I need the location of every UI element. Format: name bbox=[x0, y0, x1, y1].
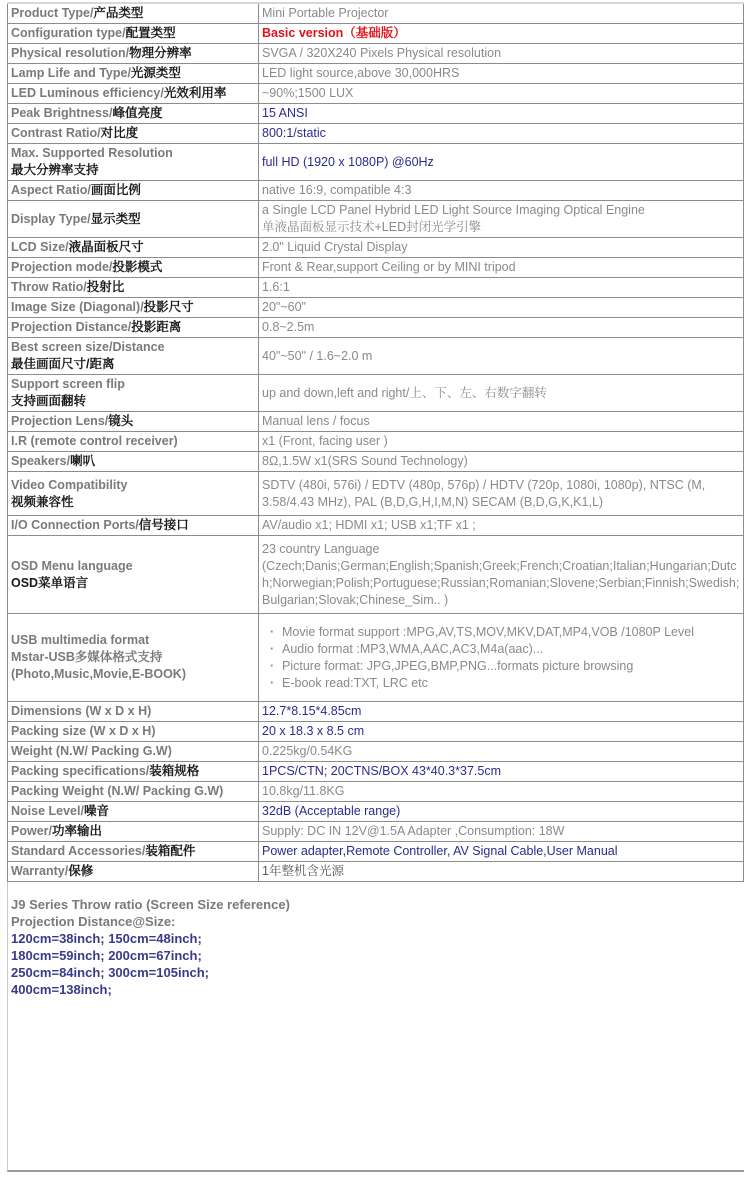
spec-label-en: Product Type/ bbox=[11, 6, 93, 20]
spec-label-en: Weight (N.W/ Packing G.W) bbox=[11, 744, 172, 758]
notes-title: J9 Series Throw ratio (Screen Size refer… bbox=[11, 896, 741, 913]
spec-label: OSD Menu languageOSD菜单语言 bbox=[8, 536, 259, 614]
spec-value: Basic version（基础版） bbox=[259, 24, 744, 44]
spec-label-en: Lamp Life and Type/ bbox=[11, 66, 131, 80]
spec-row: Product Type/产品类型Mini Portable Projector bbox=[8, 3, 744, 24]
spec-value: SDTV (480i, 576i) / EDTV (480p, 576p) / … bbox=[259, 472, 744, 516]
spec-value-text: 1年整机含光源 bbox=[262, 864, 344, 878]
spec-label-en: USB multimedia format bbox=[11, 633, 149, 647]
spec-label: Packing Weight (N.W/ Packing G.W) bbox=[8, 782, 259, 802]
spec-label: Throw Ratio/投射比 bbox=[8, 278, 259, 298]
spec-value-text: x1 (Front, facing user ) bbox=[262, 434, 388, 448]
spec-value: 32dB (Acceptable range) bbox=[259, 802, 744, 822]
spec-label: Warranty/保修 bbox=[8, 862, 259, 882]
spec-value: Manual lens / focus bbox=[259, 412, 744, 432]
spec-label-en: Best screen size/Distance bbox=[11, 340, 165, 354]
notes-line: 250cm=84inch; 300cm=105inch; bbox=[11, 964, 741, 981]
spec-value: Movie format support :MPG,AV,TS,MOV,MKV,… bbox=[259, 614, 744, 702]
spec-label: Lamp Life and Type/光源类型 bbox=[8, 64, 259, 84]
spec-value: 15 ANSI bbox=[259, 104, 744, 124]
spec-label-en: Dimensions (W x D x H) bbox=[11, 704, 151, 718]
spec-label-en: Packing specifications/ bbox=[11, 764, 149, 778]
spec-value: ~90%;1500 LUX bbox=[259, 84, 744, 104]
spec-value-text: Basic version（基础版） bbox=[262, 26, 406, 40]
spec-value-text: native 16:9, compatible 4:3 bbox=[262, 183, 411, 197]
spec-value-text: 10.8kg/11.8KG bbox=[262, 784, 344, 798]
spec-value: up and down,left and right/上、下、左、右数字翻转 bbox=[259, 375, 744, 412]
spec-value: AV/audio x1; HDMI x1; USB x1;TF x1 ; bbox=[259, 516, 744, 536]
spec-row: Noise Level/噪音32dB (Acceptable range) bbox=[8, 802, 744, 822]
spec-sheet: Product Type/产品类型Mini Portable Projector… bbox=[7, 2, 744, 1172]
spec-label-cn: 保修 bbox=[68, 864, 93, 878]
spec-label-en: Display Type/ bbox=[11, 212, 91, 226]
spec-value: 40"~50" / 1.6~2.0 m bbox=[259, 338, 744, 375]
spec-value: Power adapter,Remote Controller, AV Sign… bbox=[259, 842, 744, 862]
spec-label-en: Projection mode/ bbox=[11, 260, 112, 274]
spec-value-text: LED light source,above 30,000HRS bbox=[262, 66, 459, 80]
spec-label-cn: 画面比例 bbox=[91, 183, 141, 197]
spec-value-text: up and down,left and right/上、下、左、右数字翻转 bbox=[262, 386, 547, 400]
spec-value: 0.8~2.5m bbox=[259, 318, 744, 338]
format-list-item: Movie format support :MPG,AV,TS,MOV,MKV,… bbox=[270, 624, 740, 641]
spec-row: Lamp Life and Type/光源类型LED light source,… bbox=[8, 64, 744, 84]
spec-label-cn: 光效利用率 bbox=[164, 86, 227, 100]
spec-label: Image Size (Diagonal)/投影尺寸 bbox=[8, 298, 259, 318]
spec-label: Projection Distance/投影距离 bbox=[8, 318, 259, 338]
spec-label: Peak Brightness/峰值亮度 bbox=[8, 104, 259, 124]
spec-value-text: 8Ω,1.5W x1(SRS Sound Technology) bbox=[262, 454, 468, 468]
spec-label-en: LED Luminous efficiency/ bbox=[11, 86, 164, 100]
spec-value: 800:1/static bbox=[259, 124, 744, 144]
spec-value-text: Front & Rear,support Ceiling or by MINI … bbox=[262, 260, 516, 274]
format-list-item: Audio format :MP3,WMA,AAC,AC3,M4a(aac)..… bbox=[270, 641, 740, 658]
spec-row: Projection Distance/投影距离0.8~2.5m bbox=[8, 318, 744, 338]
spec-label-en: Peak Brightness/ bbox=[11, 106, 112, 120]
spec-label: Packing size (W x D x H) bbox=[8, 722, 259, 742]
spec-value-text: 20"~60" bbox=[262, 300, 306, 314]
spec-label-cn: 信号接口 bbox=[139, 518, 189, 532]
spec-value: Front & Rear,support Ceiling or by MINI … bbox=[259, 258, 744, 278]
spec-value-text-2: (Czech;Danis;German;English;Spanish;Gree… bbox=[262, 559, 739, 607]
format-list-item: Picture format: JPG,JPEG,BMP,PNG...forma… bbox=[270, 658, 740, 675]
spec-value: 23 country Language(Czech;Danis;German;E… bbox=[259, 536, 744, 614]
spec-label-en: Throw Ratio/ bbox=[11, 280, 87, 294]
spec-value-text: Supply: DC IN 12V@1.5A Adapter ,Consumpt… bbox=[262, 824, 564, 838]
spec-label: Max. Supported Resolution最大分辨率支持 bbox=[8, 144, 259, 181]
spec-label: Best screen size/Distance最佳画面尺寸/距离 bbox=[8, 338, 259, 375]
spec-row: Projection mode/投影模式Front & Rear,support… bbox=[8, 258, 744, 278]
spec-label: Packing specifications/装箱规格 bbox=[8, 762, 259, 782]
spec-label: Contrast Ratio/对比度 bbox=[8, 124, 259, 144]
spec-value: 1.6:1 bbox=[259, 278, 744, 298]
spec-label: LED Luminous efficiency/光效利用率 bbox=[8, 84, 259, 104]
spec-label-cn: 最大分辨率支持 bbox=[11, 163, 99, 177]
spec-row: Packing Weight (N.W/ Packing G.W)10.8kg/… bbox=[8, 782, 744, 802]
spec-label-en: Image Size (Diagonal)/ bbox=[11, 300, 144, 314]
spec-table: Product Type/产品类型Mini Portable Projector… bbox=[7, 2, 744, 882]
spec-label-cn: 功率输出 bbox=[52, 824, 102, 838]
spec-row: Projection Lens/镜头Manual lens / focus bbox=[8, 412, 744, 432]
spec-label-cn: 投影尺寸 bbox=[144, 300, 194, 314]
spec-label: LCD Size/液晶面板尺寸 bbox=[8, 238, 259, 258]
spec-row: Warranty/保修1年整机含光源 bbox=[8, 862, 744, 882]
spec-row: Peak Brightness/峰值亮度15 ANSI bbox=[8, 104, 744, 124]
notes-line: 400cm=138inch; bbox=[11, 981, 741, 998]
spec-label: Display Type/显示类型 bbox=[8, 201, 259, 238]
spec-label-cn: 物理分辨率 bbox=[129, 46, 192, 60]
spec-label: I/O Connection Ports/信号接口 bbox=[8, 516, 259, 536]
spec-label-cn: 视频兼容性 bbox=[11, 495, 74, 509]
spec-label-cn: 投射比 bbox=[87, 280, 125, 294]
spec-label-en: Projection Lens/ bbox=[11, 414, 108, 428]
spec-value: 20"~60" bbox=[259, 298, 744, 318]
spec-label: Noise Level/噪音 bbox=[8, 802, 259, 822]
spec-value-text: full HD (1920 x 1080P) @60Hz bbox=[262, 155, 434, 169]
spec-label: Speakers/喇叭 bbox=[8, 452, 259, 472]
spec-label: Power/功率输出 bbox=[8, 822, 259, 842]
spec-value-text: 20 x 18.3 x 8.5 cm bbox=[262, 724, 364, 738]
spec-value-text: 2.0" Liquid Crystal Display bbox=[262, 240, 407, 254]
spec-label-en: Packing Weight (N.W/ Packing G.W) bbox=[11, 784, 223, 798]
spec-label-en: Video Compatibility bbox=[11, 478, 127, 492]
spec-row: Configuration type/配置类型Basic version（基础版… bbox=[8, 24, 744, 44]
spec-label-en: Aspect Ratio/ bbox=[11, 183, 91, 197]
spec-value-text: 800:1/static bbox=[262, 126, 326, 140]
spec-label-en: Support screen flip bbox=[11, 377, 125, 391]
spec-row: Video Compatibility视频兼容性SDTV (480i, 576i… bbox=[8, 472, 744, 516]
spec-label-cn: 噪音 bbox=[84, 804, 109, 818]
spec-label-cn: 光源类型 bbox=[131, 66, 181, 80]
spec-value: a Single LCD Panel Hybrid LED Light Sour… bbox=[259, 201, 744, 238]
spec-value-text: Manual lens / focus bbox=[262, 414, 370, 428]
spec-label-en: Warranty/ bbox=[11, 864, 68, 878]
spec-value: 1PCS/CTN; 20CTNS/BOX 43*40.3*37.5cm bbox=[259, 762, 744, 782]
spec-row: Display Type/显示类型a Single LCD Panel Hybr… bbox=[8, 201, 744, 238]
spec-value-text: ~90%;1500 LUX bbox=[262, 86, 353, 100]
spec-label-en: Power/ bbox=[11, 824, 52, 838]
spec-value-text: 23 country Language bbox=[262, 542, 379, 556]
spec-label-en2: (Photo,Music,Movie,E-BOOK) bbox=[11, 667, 186, 681]
spec-row: USB multimedia formatMstar-USB多媒体格式支持(Ph… bbox=[8, 614, 744, 702]
spec-label-cn: 峰值亮度 bbox=[112, 106, 162, 120]
spec-label-cn: 配置类型 bbox=[126, 26, 176, 40]
spec-label: Dimensions (W x D x H) bbox=[8, 702, 259, 722]
spec-label: Product Type/产品类型 bbox=[8, 3, 259, 24]
spec-label: Standard Accessories/装箱配件 bbox=[8, 842, 259, 862]
spec-label-en: Standard Accessories/ bbox=[11, 844, 145, 858]
spec-row: Packing specifications/装箱规格1PCS/CTN; 20C… bbox=[8, 762, 744, 782]
spec-row: Packing size (W x D x H)20 x 18.3 x 8.5 … bbox=[8, 722, 744, 742]
spec-row: Throw Ratio/投射比1.6:1 bbox=[8, 278, 744, 298]
spec-label-cn: 对比度 bbox=[101, 126, 139, 140]
spec-label: USB multimedia formatMstar-USB多媒体格式支持(Ph… bbox=[8, 614, 259, 702]
spec-label: Projection Lens/镜头 bbox=[8, 412, 259, 432]
spec-value-text: a Single LCD Panel Hybrid LED Light Sour… bbox=[262, 203, 645, 217]
spec-label-cn: 喇叭 bbox=[70, 454, 95, 468]
spec-value: 12.7*8.15*4.85cm bbox=[259, 702, 744, 722]
spec-row: LCD Size/液晶面板尺寸2.0" Liquid Crystal Displ… bbox=[8, 238, 744, 258]
spec-label-cn: OSD菜单语言 bbox=[11, 576, 88, 590]
spec-value-text: 0.8~2.5m bbox=[262, 320, 314, 334]
spec-value-text: 1PCS/CTN; 20CTNS/BOX 43*40.3*37.5cm bbox=[262, 764, 501, 778]
spec-label-en: Packing size (W x D x H) bbox=[11, 724, 155, 738]
spec-value-text: 40"~50" / 1.6~2.0 m bbox=[262, 349, 372, 363]
spec-value-text: 15 ANSI bbox=[262, 106, 308, 120]
spec-row: Power/功率输出Supply: DC IN 12V@1.5A Adapter… bbox=[8, 822, 744, 842]
spec-row: Max. Supported Resolution最大分辨率支持full HD … bbox=[8, 144, 744, 181]
spec-label-cn: 投影距离 bbox=[131, 320, 181, 334]
spec-label-cn: 装箱规格 bbox=[149, 764, 199, 778]
spec-value: 8Ω,1.5W x1(SRS Sound Technology) bbox=[259, 452, 744, 472]
spec-row: Contrast Ratio/对比度800:1/static bbox=[8, 124, 744, 144]
spec-row: LED Luminous efficiency/光效利用率~90%;1500 L… bbox=[8, 84, 744, 104]
format-list-item: E-book read:TXT, LRC etc bbox=[270, 675, 740, 692]
spec-value-text: 1.6:1 bbox=[262, 280, 290, 294]
spec-label-en: Projection Distance/ bbox=[11, 320, 131, 334]
spec-label-en: Configuration type/ bbox=[11, 26, 126, 40]
spec-row: Weight (N.W/ Packing G.W)0.225kg/0.54KG bbox=[8, 742, 744, 762]
notes-subtitle: Projection Distance@Size: bbox=[11, 913, 741, 930]
spec-row: Best screen size/Distance最佳画面尺寸/距离40"~50… bbox=[8, 338, 744, 375]
spec-row: Dimensions (W x D x H)12.7*8.15*4.85cm bbox=[8, 702, 744, 722]
spec-row: I/O Connection Ports/信号接口AV/audio x1; HD… bbox=[8, 516, 744, 536]
spec-value: full HD (1920 x 1080P) @60Hz bbox=[259, 144, 744, 181]
spec-value-text: SDTV (480i, 576i) / EDTV (480p, 576p) / … bbox=[262, 478, 705, 509]
spec-row: Image Size (Diagonal)/投影尺寸20"~60" bbox=[8, 298, 744, 318]
spec-label-cn: Mstar-USB多媒体格式支持 bbox=[11, 650, 162, 664]
spec-row: Standard Accessories/装箱配件Power adapter,R… bbox=[8, 842, 744, 862]
spec-label-en: LCD Size/ bbox=[11, 240, 69, 254]
spec-value-text: Mini Portable Projector bbox=[262, 6, 388, 20]
spec-label-en: Physical resolution/ bbox=[11, 46, 129, 60]
spec-value: Mini Portable Projector bbox=[259, 3, 744, 24]
spec-value: 2.0" Liquid Crystal Display bbox=[259, 238, 744, 258]
spec-value: x1 (Front, facing user ) bbox=[259, 432, 744, 452]
spec-row: OSD Menu languageOSD菜单语言23 country Langu… bbox=[8, 536, 744, 614]
spec-label: Physical resolution/物理分辨率 bbox=[8, 44, 259, 64]
spec-label-en: Contrast Ratio/ bbox=[11, 126, 101, 140]
spec-label: Aspect Ratio/画面比例 bbox=[8, 181, 259, 201]
spec-value: Supply: DC IN 12V@1.5A Adapter ,Consumpt… bbox=[259, 822, 744, 842]
spec-label-en: Max. Supported Resolution bbox=[11, 146, 173, 160]
spec-label: I.R (remote control receiver) bbox=[8, 432, 259, 452]
spec-value: native 16:9, compatible 4:3 bbox=[259, 181, 744, 201]
spec-value: 20 x 18.3 x 8.5 cm bbox=[259, 722, 744, 742]
notes-line: 180cm=59inch; 200cm=67inch; bbox=[11, 947, 741, 964]
spec-label-en: OSD Menu language bbox=[11, 559, 133, 573]
spec-value: 1年整机含光源 bbox=[259, 862, 744, 882]
spec-label-cn: 液晶面板尺寸 bbox=[69, 240, 144, 254]
spec-value-text: Power adapter,Remote Controller, AV Sign… bbox=[262, 844, 618, 858]
spec-label-cn: 投影模式 bbox=[112, 260, 162, 274]
spec-label: Configuration type/配置类型 bbox=[8, 24, 259, 44]
spec-row: Physical resolution/物理分辨率SVGA / 320X240 … bbox=[8, 44, 744, 64]
spec-label: Video Compatibility视频兼容性 bbox=[8, 472, 259, 516]
spec-label-en: I.R (remote control receiver) bbox=[11, 434, 178, 448]
spec-label-cn: 镜头 bbox=[108, 414, 133, 428]
spec-label: Support screen flip支持画面翻转 bbox=[8, 375, 259, 412]
spec-row: Aspect Ratio/画面比例native 16:9, compatible… bbox=[8, 181, 744, 201]
spec-row: Speakers/喇叭8Ω,1.5W x1(SRS Sound Technolo… bbox=[8, 452, 744, 472]
spec-value-text: 0.225kg/0.54KG bbox=[262, 744, 352, 758]
spec-label-en: Speakers/ bbox=[11, 454, 70, 468]
spec-value: LED light source,above 30,000HRS bbox=[259, 64, 744, 84]
spec-label-cn: 装箱配件 bbox=[145, 844, 195, 858]
spec-label: Projection mode/投影模式 bbox=[8, 258, 259, 278]
throw-ratio-notes: J9 Series Throw ratio (Screen Size refer… bbox=[7, 882, 744, 1172]
spec-label-cn: 最佳画面尺寸/距离 bbox=[11, 357, 114, 371]
spec-label-en: I/O Connection Ports/ bbox=[11, 518, 139, 532]
spec-label-en: Noise Level/ bbox=[11, 804, 84, 818]
spec-label-cn: 支持画面翻转 bbox=[11, 394, 86, 408]
spec-value: SVGA / 320X240 Pixels Physical resolutio… bbox=[259, 44, 744, 64]
spec-value-text-2: 单液晶面板显示技术+LED封闭光学引擎 bbox=[262, 220, 481, 234]
notes-line: 120cm=38inch; 150cm=48inch; bbox=[11, 930, 741, 947]
spec-value-text: 32dB (Acceptable range) bbox=[262, 804, 400, 818]
spec-row: I.R (remote control receiver)x1 (Front, … bbox=[8, 432, 744, 452]
spec-value: 10.8kg/11.8KG bbox=[259, 782, 744, 802]
spec-value: 0.225kg/0.54KG bbox=[259, 742, 744, 762]
spec-label-cn: 产品类型 bbox=[93, 6, 143, 20]
spec-value-text: SVGA / 320X240 Pixels Physical resolutio… bbox=[262, 46, 501, 60]
spec-value-text: AV/audio x1; HDMI x1; USB x1;TF x1 ; bbox=[262, 518, 476, 532]
spec-value-text: 12.7*8.15*4.85cm bbox=[262, 704, 361, 718]
spec-label-cn: 显示类型 bbox=[91, 212, 141, 226]
spec-row: Support screen flip支持画面翻转up and down,lef… bbox=[8, 375, 744, 412]
format-list: Movie format support :MPG,AV,TS,MOV,MKV,… bbox=[262, 624, 740, 692]
spec-label: Weight (N.W/ Packing G.W) bbox=[8, 742, 259, 762]
